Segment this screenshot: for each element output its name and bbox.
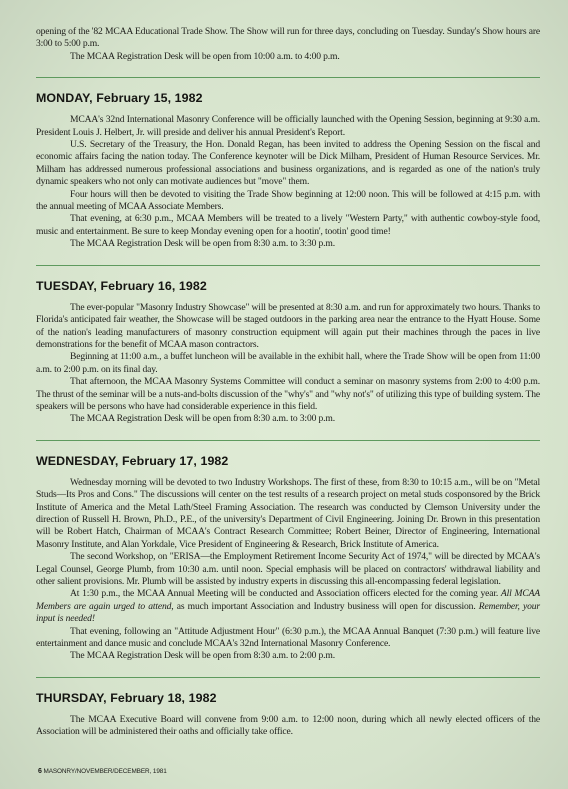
- page-number: 6: [38, 768, 42, 775]
- registration-hours: The MCAA Registration Desk will be open …: [36, 238, 540, 250]
- section-tuesday: TUESDAY, February 16, 1982 The ever-popu…: [36, 279, 540, 426]
- annual-meeting-middle: , as much important Association and Indu…: [171, 601, 479, 612]
- section-divider: [36, 677, 540, 678]
- section-divider: [36, 265, 540, 266]
- paragraph: That afternoon, the MCAA Masonry Systems…: [36, 376, 540, 413]
- section-thursday: THURSDAY, February 18, 1982 The MCAA Exe…: [36, 691, 540, 739]
- section-heading: WEDNESDAY, February 17, 1982: [36, 454, 540, 468]
- paragraph: MCAA's 32nd International Masonry Confer…: [36, 114, 540, 139]
- section-divider: [36, 440, 540, 441]
- section-monday: MONDAY, February 15, 1982 MCAA's 32nd In…: [36, 91, 540, 250]
- registration-hours: The MCAA Registration Desk will be open …: [36, 413, 540, 425]
- intro-block: opening of the '82 MCAA Educational Trad…: [36, 26, 540, 63]
- annual-meeting-paragraph: At 1:30 p.m., the MCAA Annual Meeting wi…: [36, 588, 540, 625]
- publication-line: MASONRY/NOVEMBER/DECEMBER, 1981: [43, 768, 166, 775]
- magazine-page: opening of the '82 MCAA Educational Trad…: [36, 26, 540, 739]
- section-divider: [36, 77, 540, 78]
- paragraph: The ever-popular "Masonry Industry Showc…: [36, 302, 540, 352]
- page-footer: 6 MASONRY/NOVEMBER/DECEMBER, 1981: [38, 768, 167, 775]
- section-wednesday: WEDNESDAY, February 17, 1982 Wednesday m…: [36, 454, 540, 663]
- registration-hours: The MCAA Registration Desk will be open …: [36, 650, 540, 662]
- paragraph: Wednesday morning will be devoted to two…: [36, 477, 540, 551]
- section-heading: MONDAY, February 15, 1982: [36, 91, 540, 105]
- paragraph: The second Workshop, on "ERISA—the Emplo…: [36, 551, 540, 588]
- paragraph: That evening, at 6:30 p.m., MCAA Members…: [36, 213, 540, 238]
- intro-paragraph: opening of the '82 MCAA Educational Trad…: [36, 26, 540, 51]
- intro-registration: The MCAA Registration Desk will be open …: [36, 51, 540, 63]
- paragraph: Beginning at 11:00 a.m., a buffet lunche…: [36, 351, 540, 376]
- paragraph: Four hours will then be devoted to visit…: [36, 189, 540, 214]
- paragraph: That evening, following an "Attitude Adj…: [36, 626, 540, 651]
- annual-meeting-lead: At 1:30 p.m., the MCAA Annual Meeting wi…: [70, 588, 501, 599]
- section-heading: TUESDAY, February 16, 1982: [36, 279, 540, 293]
- paragraph: The MCAA Executive Board will convene fr…: [36, 714, 540, 739]
- section-heading: THURSDAY, February 18, 1982: [36, 691, 540, 705]
- paragraph: U.S. Secretary of the Treasury, the Hon.…: [36, 139, 540, 189]
